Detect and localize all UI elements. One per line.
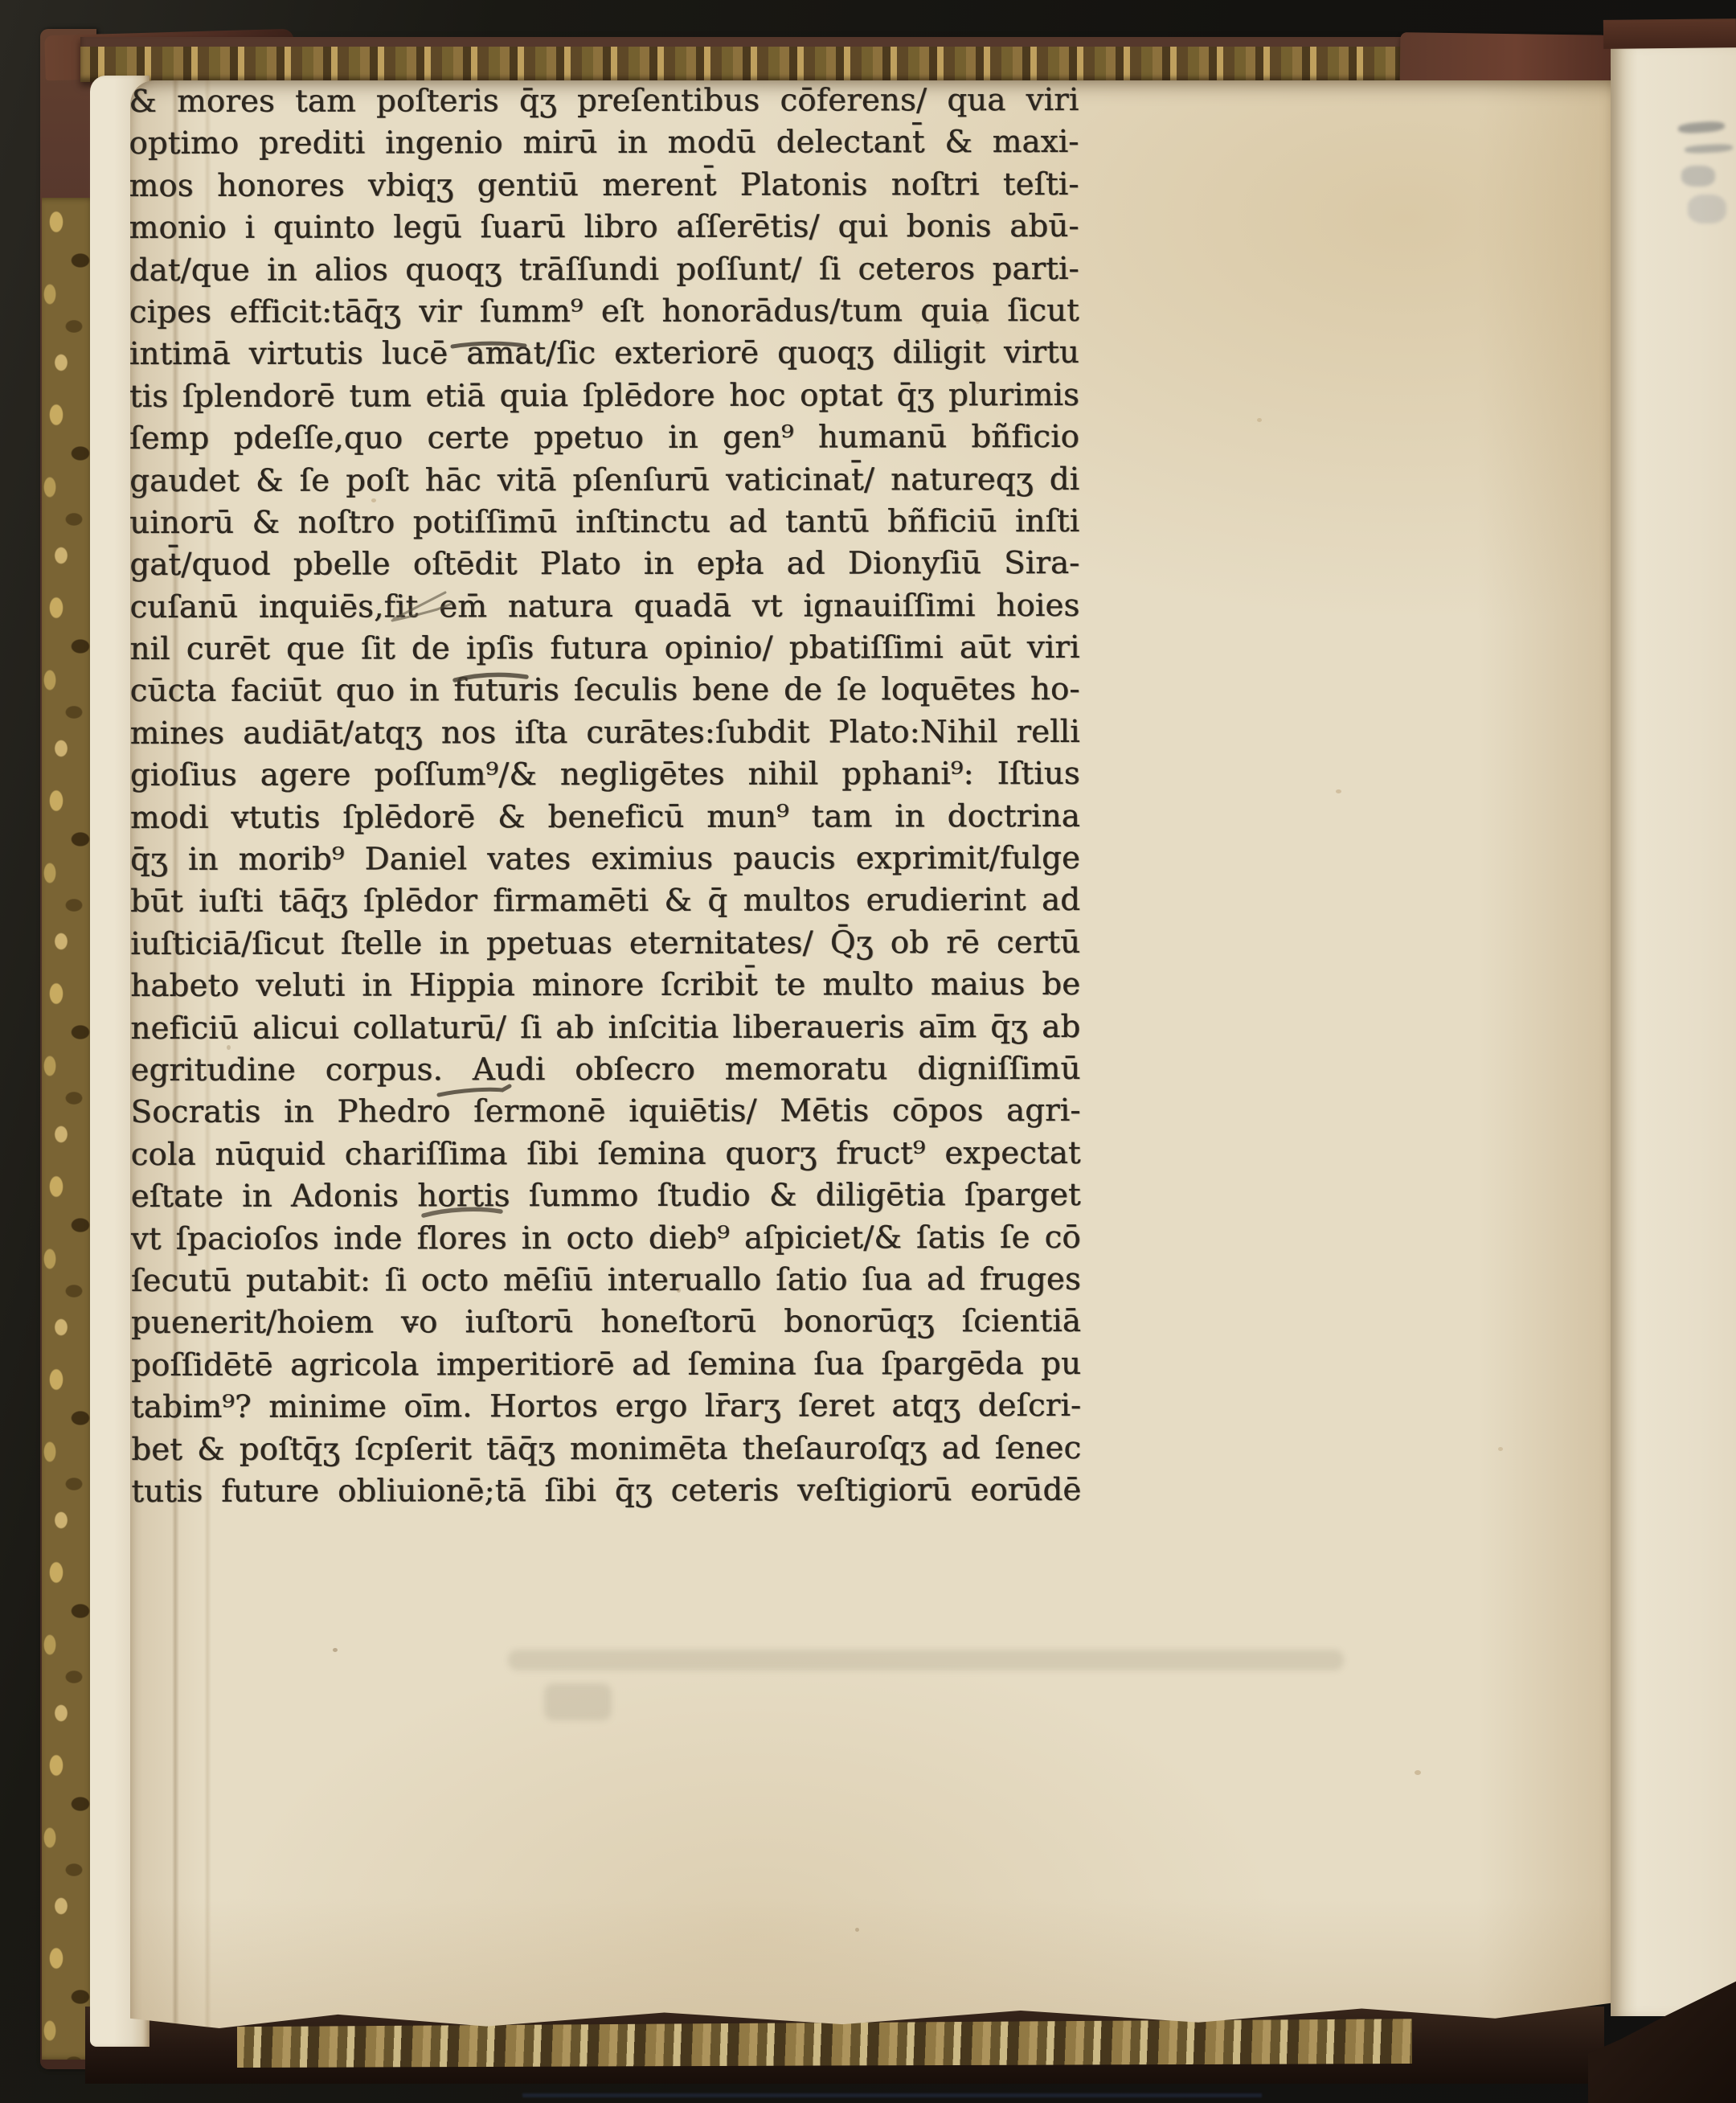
text-line: modi v̵tutis ſplēdorē & beneficū mun⁹ ta…	[130, 796, 1080, 839]
text-line: ſemp pdeſſe,quo certe ppetuo in gen⁹ hum…	[129, 416, 1079, 460]
photograph-of-open-book: & mores tam poſteris q̄ʒ preſentibus cōf…	[0, 0, 1736, 2103]
text-line: uinorū & noſtro potiſſimū inſtinctu ad t…	[129, 501, 1079, 544]
text-line: cūcta faciūt quo in futuris ſeculis bene…	[130, 669, 1080, 712]
text-line: optimo prediti ingenio mirū in modū dele…	[129, 121, 1079, 165]
foxing-speck	[677, 1288, 681, 1293]
text-line: gioſius agere poſſum⁹/& negligētes nihil…	[130, 753, 1080, 797]
showthrough-ghost-line	[508, 1650, 1344, 1671]
text-line: tutis future obliuionē;tā ſibi q̄ʒ ceter…	[131, 1470, 1081, 1513]
ink-smudge	[1681, 166, 1715, 187]
text-line: cola nūquid chariſſima ſibi ſemina quorʒ…	[131, 1133, 1081, 1176]
foxing-speck	[855, 1928, 859, 1932]
foxing-speck	[976, 320, 980, 324]
left-page: & mores tam poſteris q̄ʒ preſentibus cōf…	[130, 80, 1614, 2050]
text-line: gat̄/quod pbelle oſtēdit Plato in epła a…	[129, 543, 1079, 586]
book-top-edge	[80, 37, 1601, 82]
text-line: nil curēt que ſit de ipſis futura opinio…	[130, 627, 1080, 670]
text-block: & mores tam poſteris q̄ʒ preſentibus cōf…	[129, 80, 1081, 1513]
text-line: Socratis in Phedro ſermonē iquiētis/ Mēt…	[131, 1090, 1081, 1133]
foxing-speck	[1336, 789, 1341, 793]
text-line: iuſticiā/ſicut ſtelle in ppetuas eternit…	[130, 922, 1080, 965]
text-line: q̄ʒ in morib⁹ Daniel vates eximius pauci…	[130, 838, 1080, 881]
text-line: tabim⁹? minime oīm. Hortos ergo lr̄arʒ ſ…	[131, 1385, 1081, 1429]
foxing-speck	[1415, 1770, 1421, 1775]
stamp-ghost	[1688, 195, 1726, 223]
foxing-speck	[227, 1045, 231, 1050]
text-line: cuſanū inquiēs,fit em̄ natura quadā vt i…	[130, 585, 1080, 629]
ink-smudge	[1678, 121, 1726, 134]
foxing-speck	[333, 1648, 338, 1652]
text-line: gaudet & ſe poſt hāc vitā pſenſurū vatic…	[129, 458, 1079, 502]
text-line: mines audiāt/atqʒ nos iſta curātes:ſubdi…	[130, 711, 1080, 755]
text-line: vt ſpacioſos inde flores in octo dieb⁹ a…	[131, 1217, 1081, 1261]
text-line: habeto veluti in Hippia minore ſcribit̄ …	[130, 964, 1080, 1007]
marbled-board-edge	[42, 198, 95, 2060]
foxing-speck	[1257, 418, 1262, 422]
text-line: ſecutū putabit: ſi octo mēſiū interuallo…	[131, 1259, 1081, 1302]
text-line: poſſidētē agricola imperitiorē ad ſemina…	[131, 1343, 1081, 1387]
text-line: & mores tam poſteris q̄ʒ preſentibus cōf…	[129, 80, 1079, 123]
right-top-leather-edge	[1603, 18, 1736, 49]
foxing-speck	[371, 498, 376, 502]
facing-page-edge	[1611, 45, 1736, 2016]
showthrough-ghost-signature	[544, 1683, 612, 1720]
text-line: tis ſplendorē tum etiā quia ſplēdore hoc…	[129, 375, 1079, 418]
text-line: puenerit/hoiem v̵o iuſtorū honeſtorū bon…	[131, 1301, 1081, 1344]
foxing-speck	[1498, 1447, 1503, 1451]
scan-edge-artifact	[522, 2093, 1262, 2097]
text-line: dat/que in alios quoqʒ trāſſundi poſſunt…	[129, 248, 1079, 292]
text-line: intimā virtutis lucē amat/ſic exteriorē …	[129, 332, 1079, 375]
text-line: monio i quinto legū ſuarū libro aſſerēti…	[129, 206, 1079, 249]
text-line: cipes efficit:tāq̄ʒ vir ſumm⁹ eſt honorā…	[129, 290, 1079, 334]
text-line: neficiū alicui collaturū/ ſi ab inſcitia…	[130, 1006, 1080, 1050]
text-line: būt iuſti tāq̄ʒ ſplēdor firmamēti & q̄ m…	[130, 879, 1080, 923]
text-line: bet & poſtq̄ʒ ſcpſerit tāq̄ʒ monimēta th…	[131, 1427, 1081, 1470]
ink-smudge	[1685, 143, 1733, 154]
text-line: eſtate in Adonis hortis ſummo ſtudio & d…	[131, 1174, 1081, 1218]
text-line: mos honores vbiqʒ gentiū merent̄ Platoni…	[129, 164, 1079, 207]
text-line: egritudine corpus. Audi obſecro memoratu…	[131, 1048, 1081, 1092]
